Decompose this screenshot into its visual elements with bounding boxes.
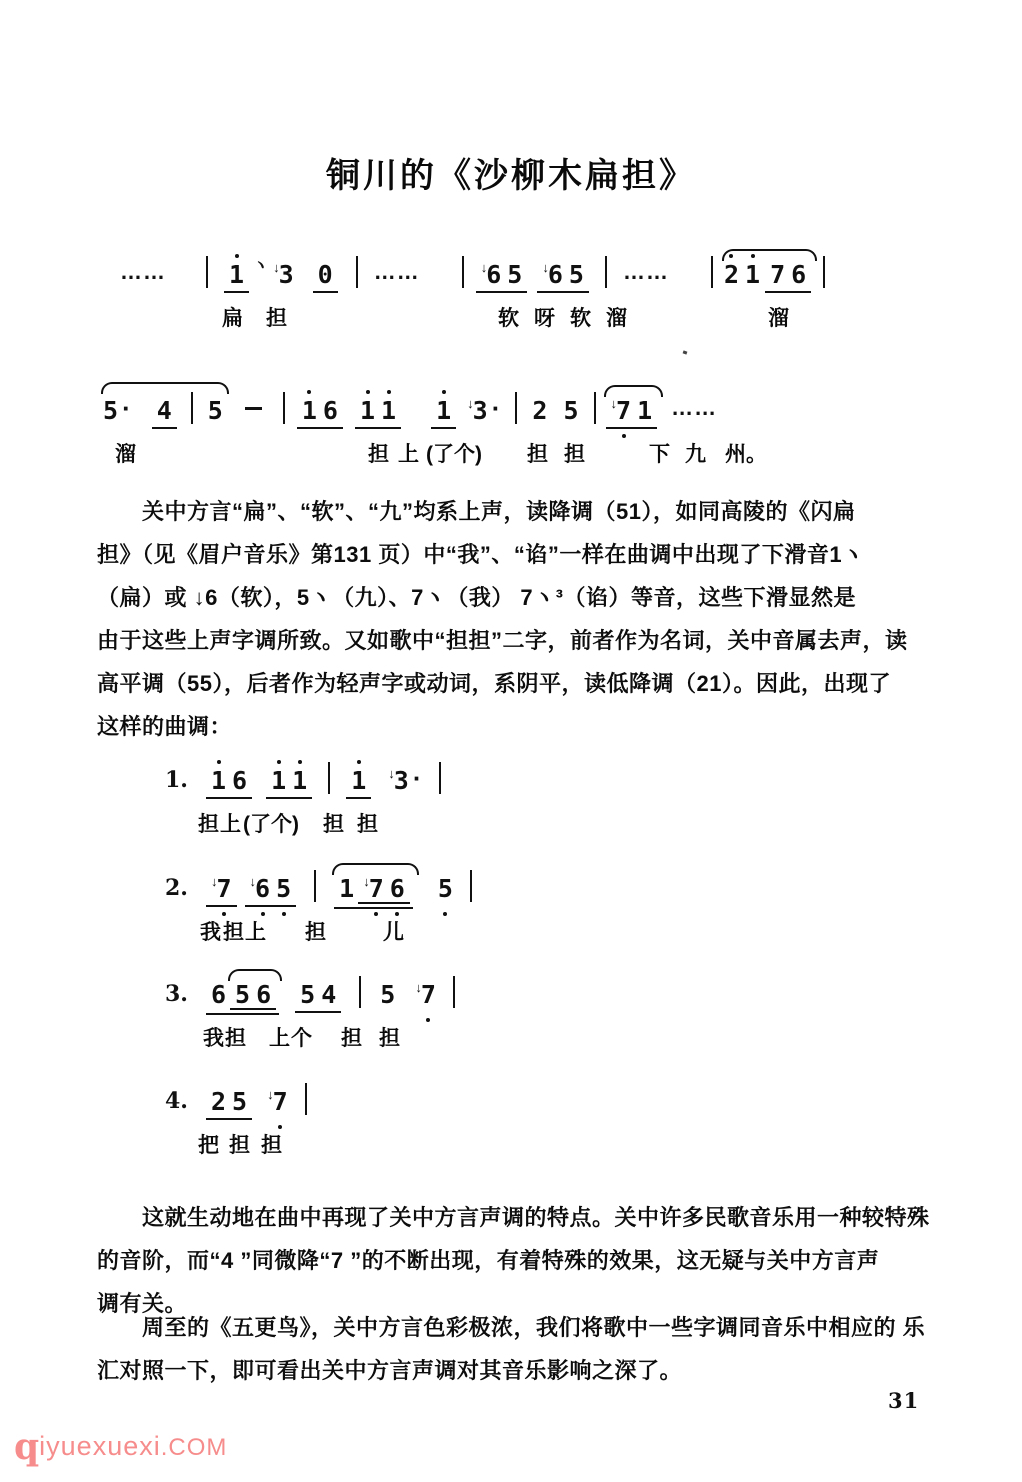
- barline: [439, 762, 441, 794]
- note: ↓6: [250, 876, 271, 901]
- note-digit-wrap: 5: [438, 876, 453, 901]
- paragraph-3: 周至的《五更鸟》，关中方言色彩极浓，我们将歌中一些字调同音乐中相应的 乐汇对照一…: [97, 1306, 929, 1392]
- note: 5: [438, 876, 453, 901]
- note-digit-wrap: 6: [255, 876, 270, 901]
- note: ↓7: [267, 1089, 288, 1114]
- lyric-syllable: 担: [323, 808, 344, 838]
- lyric-syllable: 担: [266, 302, 287, 332]
- note-digit-wrap: 7: [216, 876, 231, 901]
- lyric-syllable: 担: [357, 808, 378, 838]
- note-digit: 1: [302, 396, 317, 425]
- note-digit: 6: [323, 396, 338, 425]
- note-digit: 5: [235, 980, 250, 1009]
- note-digit: 5: [569, 260, 584, 289]
- beam-group: ↓65: [245, 876, 297, 907]
- note-digit: 5: [438, 874, 453, 903]
- sustain-dash: [245, 407, 262, 410]
- note: 1: [436, 398, 451, 423]
- lyrics-row: 扁担软呀软溜溜: [100, 302, 940, 332]
- note-digit-wrap: 7: [421, 982, 436, 1007]
- beam-group: 76: [765, 262, 811, 293]
- note-digit: 5: [276, 874, 291, 903]
- lyric-syllable: 担: [225, 1022, 246, 1052]
- octave-dot-above: [366, 390, 370, 394]
- note-digit-wrap: 5: [208, 398, 223, 423]
- note-digit: 6: [390, 874, 405, 903]
- note-digit: 6: [255, 874, 270, 903]
- note-digit-wrap: 3: [473, 398, 488, 423]
- note: 1: [229, 262, 244, 287]
- note: 5: [235, 982, 250, 1007]
- note-digit: 7: [216, 874, 231, 903]
- lyric-syllable: 担: [198, 808, 219, 838]
- note-digit-wrap: 5: [563, 398, 578, 423]
- barline: [515, 392, 517, 424]
- beam-group: ↓7: [206, 876, 237, 907]
- slur-arc: [101, 382, 229, 394]
- note-digit: 1: [745, 260, 760, 289]
- note-digit-wrap: 1: [745, 262, 760, 287]
- note: 1: [360, 398, 375, 423]
- lyric-syllable: 担: [305, 916, 326, 946]
- slur-arc: [332, 863, 419, 875]
- continuation-dots: ……: [671, 395, 717, 421]
- note-digit: 7: [369, 874, 384, 903]
- note: 1: [351, 768, 366, 793]
- note: 1: [745, 262, 760, 287]
- note-digit: 2: [532, 396, 547, 425]
- note: 4: [321, 982, 336, 1007]
- note-digit-wrap: 5: [235, 982, 250, 1007]
- note-digit: 1: [436, 396, 451, 425]
- note: 1: [302, 398, 317, 423]
- barline: [605, 256, 607, 288]
- beam-group: 656: [206, 982, 279, 1015]
- note: 5: [232, 1089, 247, 1114]
- note: ↓6: [481, 262, 502, 287]
- example-number: 3.: [165, 981, 188, 1007]
- score-line-2: 5·4516111↓3·25↓71……溜担上(了个)担担下九州。: [100, 372, 940, 468]
- barline: [283, 392, 285, 424]
- notation-row: 3.656545↓7: [165, 956, 1005, 1008]
- note-digit: 0: [318, 260, 333, 289]
- lyric-syllable: 我: [200, 916, 221, 946]
- example-2: 2.↓7↓651↓765我担上担儿: [165, 850, 1005, 946]
- beam-group: ↓71: [606, 398, 658, 429]
- note: 5·: [103, 395, 131, 423]
- lyrics-row: 溜担上(了个)担担下九州。: [100, 438, 940, 468]
- note-digit-wrap: 1: [339, 876, 354, 901]
- paragraph-line: 周至的《五更鸟》，关中方言色彩极浓，我们将歌中一些字调同音乐中相应的 乐: [97, 1306, 929, 1349]
- beam-group: 1: [346, 768, 371, 799]
- continuation-dots: ……: [120, 259, 166, 285]
- note-digit: 5: [380, 980, 395, 1009]
- page-number: 31: [888, 1388, 919, 1413]
- note: ↓6: [542, 262, 563, 287]
- note: 2: [211, 1089, 226, 1114]
- lyric-syllable: 担: [261, 1129, 282, 1159]
- note-digit: 1: [339, 874, 354, 903]
- notation-row: 5·4516111↓3·25↓71……: [100, 372, 940, 424]
- note-digit: 1: [292, 766, 307, 795]
- lyric-syllable: 担: [564, 438, 585, 468]
- note-digit: 7: [616, 396, 631, 425]
- slur-arc: [722, 249, 817, 261]
- paragraph-line: 的音阶，而“4 ”同微降“7 ”的不断出现，有着特殊的效果，这无疑与关中方言声: [97, 1239, 929, 1282]
- lyric-syllable: 上: [398, 438, 419, 468]
- lyric-syllable: 上: [220, 808, 241, 838]
- note-digit: 5: [103, 396, 118, 425]
- slur-arc: [604, 385, 664, 397]
- note-digit: 6: [211, 980, 226, 1009]
- note: 5: [300, 982, 315, 1007]
- beam-group: 11: [266, 768, 312, 799]
- note-digit-wrap: 6: [486, 262, 501, 287]
- note-digit-wrap: 1: [351, 768, 366, 793]
- note: 1: [292, 768, 307, 793]
- note-digit: 5: [507, 260, 522, 289]
- note: 2: [724, 262, 739, 287]
- notation-row: 2.↓7↓651↓765: [165, 850, 1005, 902]
- beam-group: 1: [431, 398, 456, 429]
- note: 6: [232, 768, 247, 793]
- note-digit: 5: [232, 1087, 247, 1116]
- barline: [356, 256, 358, 288]
- barline: [462, 256, 464, 288]
- watermark-q: q: [14, 1426, 39, 1468]
- octave-dot-above: [387, 390, 391, 394]
- continuation-dots: ……: [374, 259, 420, 285]
- note-digit: 3: [473, 396, 488, 425]
- watermark: qiyuexuexi.COM: [14, 1426, 227, 1468]
- note-digit: 7: [770, 260, 785, 289]
- paragraph-line: 担》（见《眉户音乐》第131 页）中“我”、“谄”一样在曲调中出现了下滑音1ヽ: [97, 533, 929, 576]
- lyric-syllable: 呀: [534, 302, 555, 332]
- note: ↓3: [273, 262, 294, 287]
- lyric-syllable: 上: [269, 1022, 290, 1052]
- note-digit-wrap: 7: [770, 262, 785, 287]
- note-digit-wrap: 2: [211, 1089, 226, 1114]
- note-digit: 7: [421, 980, 436, 1009]
- note: 6: [390, 876, 405, 901]
- lyric-syllable: 担: [527, 438, 548, 468]
- barline: [314, 870, 316, 902]
- lyric-syllable: 担: [368, 438, 389, 468]
- note-digit: 1: [360, 396, 375, 425]
- continuation-dots: ……: [623, 259, 669, 285]
- note: ↓7: [611, 398, 632, 423]
- note-digit-wrap: 5: [103, 398, 118, 423]
- watermark-suffix: .COM: [161, 1434, 228, 1461]
- page-title: 铜川的《沙柳木扁担》: [0, 148, 1022, 197]
- note-digit: 1: [211, 766, 226, 795]
- scan-artifact: [683, 350, 688, 354]
- note-digit-wrap: 6: [791, 262, 806, 287]
- lyric-syllable: 把: [198, 1129, 219, 1159]
- example-3: 3.656545↓7我担上个担担: [165, 956, 1005, 1052]
- note-digit: 7: [273, 1087, 288, 1116]
- lyrics-row: 把担担: [165, 1129, 1005, 1159]
- beam-group: 11: [355, 398, 401, 429]
- example-number: 2.: [165, 875, 188, 901]
- slur-arc: [228, 969, 282, 981]
- note-digit-wrap: 1: [229, 262, 244, 287]
- octave-dot-above: [357, 760, 361, 764]
- barline: [328, 762, 330, 794]
- note: 5: [276, 876, 291, 901]
- note-digit: 2: [724, 260, 739, 289]
- barline: [191, 392, 193, 424]
- note: ↓7: [363, 876, 384, 901]
- octave-dot-above: [277, 760, 281, 764]
- notation-row: ……1ヽ↓30……↓65↓65……2176: [100, 236, 940, 288]
- paragraph-line: 高平调（55），后者作为轻声字或动词，系阴平，读低降调（21）。因此，出现了: [97, 662, 929, 705]
- note: 1: [637, 398, 652, 423]
- note-digit-wrap: 6: [548, 262, 563, 287]
- lyric-syllable: 担: [223, 916, 244, 946]
- lyric-syllable: (了个): [426, 438, 482, 468]
- note-digit: 6: [486, 260, 501, 289]
- note-digit-wrap: 1: [292, 768, 307, 793]
- note: 6: [791, 262, 806, 287]
- beam-group: 16: [206, 768, 252, 799]
- note: 2: [532, 398, 547, 423]
- example-4: 4.25↓7把担担: [165, 1063, 1005, 1159]
- lyric-syllable: 担: [341, 1022, 362, 1052]
- lyric-syllable: 儿: [383, 916, 404, 946]
- augmentation-dot: ·: [122, 395, 131, 421]
- beam-group: 54: [295, 982, 341, 1013]
- note: 1: [381, 398, 396, 423]
- note-digit-wrap: 7: [369, 876, 384, 901]
- augmentation-dot: ·: [413, 765, 422, 791]
- barline: [823, 256, 825, 288]
- note-digit: 5: [563, 396, 578, 425]
- note-digit: 3: [279, 260, 294, 289]
- note: 5: [507, 262, 522, 287]
- note-digit-wrap: 1: [302, 398, 317, 423]
- note-digit: 2: [211, 1087, 226, 1116]
- lyric-syllable: 州。: [725, 438, 767, 468]
- example-number: 4.: [165, 1088, 188, 1114]
- barline: [305, 1083, 307, 1115]
- note-digit-wrap: 6: [390, 876, 405, 901]
- note: 5: [569, 262, 584, 287]
- note-digit-wrap: 0: [318, 262, 333, 287]
- note: 6: [323, 398, 338, 423]
- note-digit-wrap: 3: [394, 768, 409, 793]
- note-digit: 6: [256, 980, 271, 1009]
- note-digit: 6: [791, 260, 806, 289]
- lyrics-row: 我担上个担担: [165, 1022, 1005, 1052]
- note: 1: [339, 876, 354, 901]
- beam-group: 4: [152, 398, 177, 429]
- note: 6: [211, 982, 226, 1007]
- note-digit: 5: [208, 396, 223, 425]
- lyric-syllable: (了个): [243, 808, 299, 838]
- note-digit: 4: [157, 396, 172, 425]
- note-digit-wrap: 7: [273, 1089, 288, 1114]
- note-digit-wrap: 1: [360, 398, 375, 423]
- note: 1: [211, 768, 226, 793]
- note-digit-wrap: 4: [321, 982, 336, 1007]
- beam-group: 1: [224, 262, 249, 293]
- octave-dot-above: [442, 390, 446, 394]
- lyric-syllable: 担: [379, 1022, 400, 1052]
- barline: [453, 976, 455, 1008]
- augmentation-dot: ·: [492, 395, 501, 421]
- lyrics-row: 担上(了个)担担: [165, 808, 1005, 838]
- beam-group: 16: [297, 398, 343, 429]
- barline: [594, 392, 596, 424]
- octave-dot-above: [307, 390, 311, 394]
- lyric-syllable: 软: [498, 302, 519, 332]
- note-digit-wrap: 2: [724, 262, 739, 287]
- paragraph-1: 关中方言“扁”、“软”、“九”均系上声，读降调（51），如同高陵的《闪扁担》（见…: [97, 490, 929, 748]
- note: ↓3·: [467, 395, 500, 423]
- note-digit-wrap: 1: [271, 768, 286, 793]
- note-digit: 6: [548, 260, 563, 289]
- lyric-syllable: 扁: [222, 302, 243, 332]
- note-digit-wrap: 5: [507, 262, 522, 287]
- note: 6: [256, 982, 271, 1007]
- lyric-syllable: 担: [229, 1129, 250, 1159]
- note-digit-wrap: 1: [637, 398, 652, 423]
- downward-slide-mark: ヽ: [252, 251, 269, 276]
- note-digit: 1: [381, 396, 396, 425]
- paragraph-line: 汇对照一下，即可看出关中方言声调对其音乐影响之深了。: [97, 1349, 929, 1392]
- note-digit-wrap: 5: [569, 262, 584, 287]
- beam-group: 0: [313, 262, 338, 293]
- example-number: 1.: [165, 767, 188, 793]
- note: ↓7: [415, 982, 436, 1007]
- note-digit-wrap: 6: [211, 982, 226, 1007]
- note-digit-wrap: 5: [380, 982, 395, 1007]
- note-digit: 4: [321, 980, 336, 1009]
- lyric-syllable: 个: [291, 1022, 312, 1052]
- note-digit-wrap: 6: [232, 768, 247, 793]
- barline: [359, 976, 361, 1008]
- note-digit-wrap: 7: [616, 398, 631, 423]
- note: 1: [271, 768, 286, 793]
- paragraph-line: （扁）或 ↓6（软），5ヽ（九）、7ヽ（我） 7ヽ³（谄）等音，这些下滑显然是: [97, 576, 929, 619]
- note: 5: [380, 982, 395, 1007]
- beam-group: 1↓76: [334, 876, 413, 909]
- octave-dot-above: [235, 254, 239, 258]
- paragraph-line: 关中方言“扁”、“软”、“九”均系上声，读降调（51），如同高陵的《闪扁: [97, 490, 929, 533]
- example-1: 1.16111↓3·担上(了个)担担: [165, 742, 1005, 838]
- note: 5: [208, 398, 223, 423]
- note: 7: [770, 262, 785, 287]
- note-digit: 6: [232, 766, 247, 795]
- paragraph-line: 这就生动地在曲中再现了关中方言声调的特点。关中许多民歌音乐用一种较特殊: [97, 1196, 929, 1239]
- watermark-body: iyuexuexi: [39, 1431, 161, 1461]
- lyric-syllable: 上: [245, 916, 266, 946]
- lyric-syllable: 溜: [768, 302, 789, 332]
- note: ↓7: [211, 876, 232, 901]
- barline: [206, 256, 208, 288]
- note-digit-wrap: 1: [436, 398, 451, 423]
- notation-row: 1.16111↓3·: [165, 742, 1005, 794]
- note-digit-wrap: 6: [323, 398, 338, 423]
- note-digit-wrap: 3: [279, 262, 294, 287]
- note-digit: 1: [271, 766, 286, 795]
- octave-dot-above: [298, 760, 302, 764]
- note: ↓3·: [388, 765, 421, 793]
- lyric-syllable: 我: [203, 1022, 224, 1052]
- beam-group: 56: [230, 982, 276, 1010]
- lyrics-row: 我担上担儿: [165, 916, 1005, 946]
- note-digit: 5: [300, 980, 315, 1009]
- lyric-syllable: 下: [649, 438, 670, 468]
- note-digit-wrap: 5: [276, 876, 291, 901]
- beam-group: 25: [206, 1089, 252, 1120]
- note-digit: 1: [351, 766, 366, 795]
- document-page: 铜川的《沙柳木扁担》 ……1ヽ↓30……↓65↓65……2176扁担软呀软溜溜 …: [0, 0, 1022, 1482]
- barline: [470, 870, 472, 902]
- note-digit-wrap: 4: [157, 398, 172, 423]
- note-digit: 1: [229, 260, 244, 289]
- note-digit-wrap: 5: [232, 1089, 247, 1114]
- note-digit-wrap: 1: [381, 398, 396, 423]
- note-digit-wrap: 2: [532, 398, 547, 423]
- note-digit-wrap: 6: [256, 982, 271, 1007]
- octave-dot-above: [217, 760, 221, 764]
- beam-group: ↓76: [358, 876, 410, 904]
- note-digit-wrap: 1: [211, 768, 226, 793]
- lyric-syllable: 溜: [606, 302, 627, 332]
- paragraph-line: 由于这些上声字调所致。又如歌中“担担”二字，前者作为名词，关中音属去声，读: [97, 619, 929, 662]
- note-digit-wrap: 5: [300, 982, 315, 1007]
- note: 0: [318, 262, 333, 287]
- note-digit: 1: [637, 396, 652, 425]
- note: 4: [157, 398, 172, 423]
- lyric-syllable: 九: [685, 438, 706, 468]
- beam-group: ↓65: [476, 262, 528, 293]
- lyric-syllable: 溜: [115, 438, 136, 468]
- barline: [711, 256, 713, 288]
- beam-group: ↓65: [537, 262, 589, 293]
- note-digit: 3: [394, 766, 409, 795]
- note: 5: [563, 398, 578, 423]
- lyric-syllable: 软: [570, 302, 591, 332]
- score-line-1: ……1ヽ↓30……↓65↓65……2176扁担软呀软溜溜: [100, 236, 940, 332]
- notation-row: 4.25↓7: [165, 1063, 1005, 1115]
